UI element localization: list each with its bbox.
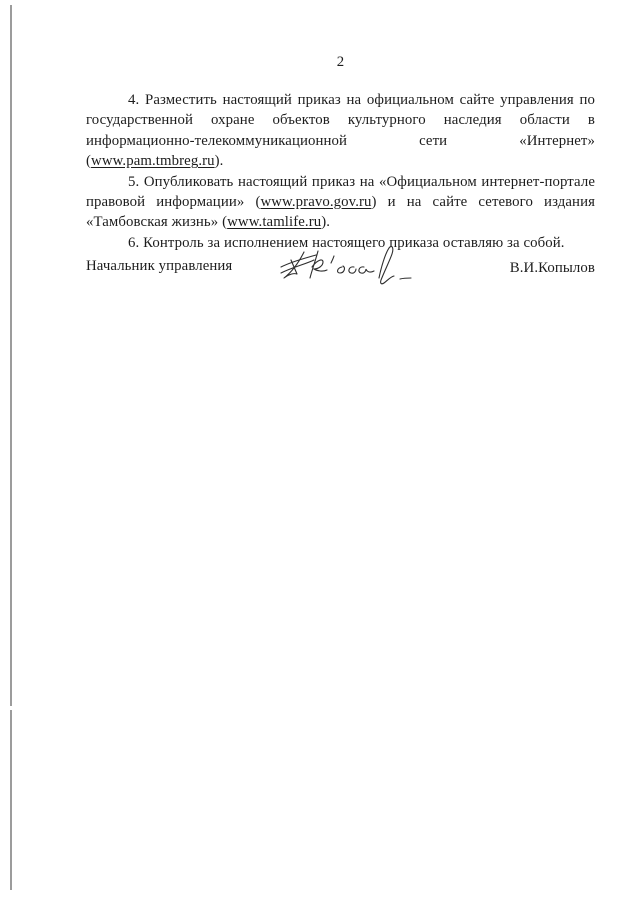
scanned-document-page: 2 4. Разместить настоящий приказ на офиц…: [0, 0, 640, 905]
paragraph: 5. Опубликовать настоящий приказ на «Офи…: [86, 172, 595, 233]
text-line: 4. Разместить настоящий приказ на официа…: [86, 90, 595, 110]
text-line: (www.pam.tmbreg.ru).: [86, 151, 595, 171]
text-span: 4. Разместить настоящий приказ на официа…: [128, 92, 595, 108]
text-line: «Тамбовская жизнь» (www.tamlife.ru).: [86, 212, 595, 232]
url-text: www.tamlife.ru: [227, 214, 321, 230]
scan-artifact-line: [10, 710, 12, 890]
text-span: правовой информации» (: [86, 194, 260, 210]
text-line: правовой информации» (www.pravo.gov.ru) …: [86, 192, 595, 212]
text-span: ).: [321, 214, 330, 230]
text-span: «Тамбовская жизнь» (: [86, 214, 227, 230]
document-body: 4. Разместить настоящий приказ на официа…: [86, 90, 595, 253]
paragraph: 4. Разместить настоящий приказ на официа…: [86, 90, 595, 172]
text-span: информационно-телекоммуникационной сети …: [86, 133, 595, 149]
text-span: ).: [215, 153, 224, 169]
text-span: государственной охране объектов культурн…: [86, 112, 595, 128]
url-text: www.pravo.gov.ru: [260, 194, 371, 210]
text-line: 5. Опубликовать настоящий приказ на «Офи…: [86, 172, 595, 192]
text-span: ) и на сайте сетевого издания: [372, 194, 595, 210]
text-span: 5. Опубликовать настоящий приказ на «Офи…: [128, 174, 595, 190]
signature-autograph-icon: [280, 243, 416, 295]
text-line: информационно-телекоммуникационной сети …: [86, 131, 595, 151]
signature-title: Начальник управления: [86, 255, 232, 277]
url-text: www.pam.tmbreg.ru: [91, 153, 215, 169]
text-line: государственной охране объектов культурн…: [86, 110, 595, 130]
signature-name: В.И.Копылов: [510, 257, 595, 279]
scan-artifact-line: [10, 5, 12, 706]
page-number: 2: [86, 54, 595, 71]
